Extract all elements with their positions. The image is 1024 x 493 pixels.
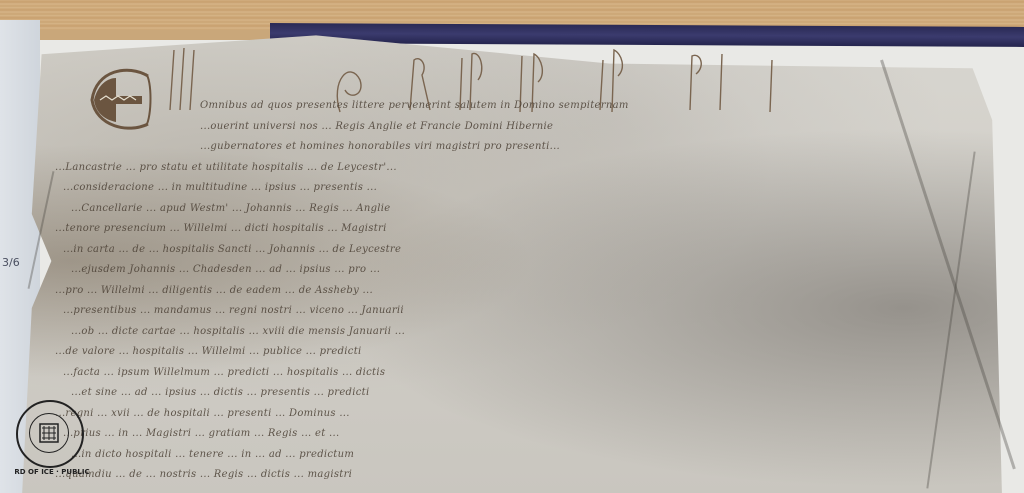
charter-text-line: ...regni ... xvii ... de hospitali ... p… <box>55 408 940 420</box>
charter-text-line: ...gubernatores et homines honorabiles v… <box>200 141 940 153</box>
charter-text-line: ...in dicto hospitali ... tenere ... in … <box>71 449 940 461</box>
charter-text-line: ...et sine ... ad ... ipsius ... dictis … <box>71 387 940 399</box>
charter-text-line: ...pro ... Willelmi ... diligentis ... d… <box>55 285 940 297</box>
public-record-office-stamp: RD OF ICE · PUBLIC <box>16 400 84 468</box>
charter-text-line: ...prius ... in ... Magistri ... gratiam… <box>63 428 940 440</box>
charter-text-line: ...Cancellarie ... apud Westm' ... Johan… <box>71 203 940 215</box>
charter-text-line: ...in carta ... de ... hospitalis Sancti… <box>63 244 940 256</box>
charter-text-line: ...ejusdem Johannis ... Chadesden ... ad… <box>71 264 940 276</box>
pencil-folio-note: 3/6 <box>2 256 20 269</box>
charter-text-line: ...Lancastrie ... pro statu et utilitate… <box>55 162 940 174</box>
charter-text-line: ...facta ... ipsum Willelmum ... predict… <box>63 367 940 379</box>
stamp-text: RD OF ICE · PUBLIC <box>12 468 92 476</box>
charter-text-line: ...ob ... dicte cartae ... hospitalis ..… <box>71 326 940 338</box>
charter-text-line: ...quamdiu ... de ... nostris ... Regis … <box>55 469 940 481</box>
charter-text-line: Omnibus ad quos presentes littere perven… <box>200 100 940 112</box>
charter-text-line: ...presentibus ... mandamus ... regni no… <box>63 305 940 317</box>
charter-text-line: ...ouerint universi nos ... Regis Anglie… <box>200 121 940 133</box>
illuminated-initial-e-icon <box>88 66 158 134</box>
charter-text-line: ...tenore presencium ... Willelmi ... di… <box>55 223 940 235</box>
stamp-crest-icon <box>29 413 69 453</box>
charter-text-line: ...consideracione ... in multitudine ...… <box>63 182 940 194</box>
charter-text-line: ...de valore ... hospitalis ... Willelmi… <box>55 346 940 358</box>
